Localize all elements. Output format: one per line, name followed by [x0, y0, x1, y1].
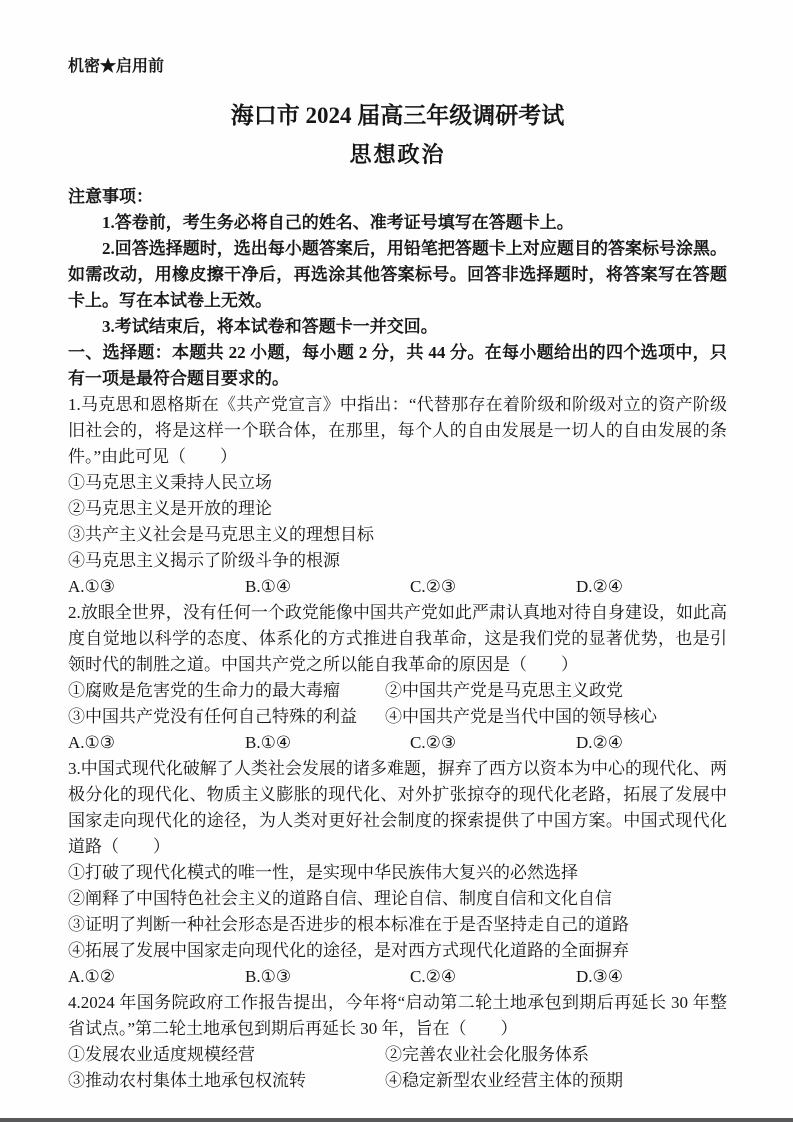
question-1-stem: 1.马克思和恩格斯在《共产党宣言》中指出：“代替那存在着阶级和阶级对立的资产阶级…: [68, 392, 727, 470]
page-bottom-edge: [0, 1118, 793, 1122]
question-4: 4.2024 年国务院政府工作报告提出，今年将“启动第二轮土地承包到期后再延长 …: [68, 990, 727, 1094]
answer-option-d: D.③④: [576, 964, 727, 990]
question-1-statement-2: ②马克思主义是开放的理论: [68, 496, 727, 522]
question-3-stem: 3.中国式现代化破解了人类社会发展的诸多难题，摒弃了西方以资本为中心的现代化、两…: [68, 756, 727, 860]
section-header: 一、选择题：本题共 22 小题，每小题 2 分，共 44 分。在每小题给出的四个…: [68, 340, 727, 392]
notes-heading: 注意事项：: [68, 184, 727, 210]
exam-subject: 思想政治: [68, 140, 727, 170]
question-4-statement-2: ②完善农业社会化服务体系: [385, 1042, 727, 1068]
question-3-statement-2: ②阐释了中国特色社会主义的道路自信、理论自信、制度自信和文化自信: [68, 886, 727, 912]
question-3: 3.中国式现代化破解了人类社会发展的诸多难题，摒弃了西方以资本为中心的现代化、两…: [68, 756, 727, 990]
classification-banner: 机密★启用前: [68, 56, 727, 78]
answer-option-a: A.①③: [68, 574, 245, 600]
question-4-statement-3: ③推动农村集体土地承包权流转: [68, 1068, 385, 1094]
question-3-statement-3: ③证明了判断一种社会形态是否进步的根本标准在于是否坚持走自己的道路: [68, 912, 727, 938]
question-4-stem: 4.2024 年国务院政府工作报告提出，今年将“启动第二轮土地承包到期后再延长 …: [68, 990, 727, 1042]
answer-option-d: D.②④: [576, 574, 727, 600]
exam-title: 海口市 2024 届高三年级调研考试: [68, 100, 727, 132]
question-2-statement-3: ③中国共产党没有任何自己特殊的利益: [68, 704, 385, 730]
answer-option-b: B.①④: [245, 730, 410, 756]
note-item-2: 2.回答选择题时，选出每小题答案后，用铅笔把答题卡上对应题目的答案标号涂黑。如需…: [68, 236, 727, 314]
question-2-answers: A.①③ B.①④ C.②③ D.②④: [68, 730, 727, 756]
question-2-statement-4: ④中国共产党是当代中国的领导核心: [385, 704, 727, 730]
question-1-statement-3: ③共产主义社会是马克思主义的理想目标: [68, 522, 727, 548]
question-2-statement-1: ①腐败是危害党的生命力的最大毒瘤: [68, 678, 385, 704]
question-2-statement-2: ②中国共产党是马克思主义政党: [385, 678, 727, 704]
answer-option-a: A.①②: [68, 964, 245, 990]
question-1: 1.马克思和恩格斯在《共产党宣言》中指出：“代替那存在着阶级和阶级对立的资产阶级…: [68, 392, 727, 600]
question-4-statement-1: ①发展农业适度规模经营: [68, 1042, 385, 1068]
question-2-stem: 2.放眼全世界，没有任何一个政党能像中国共产党如此严肃认真地对待自身建设，如此高…: [68, 600, 727, 678]
question-1-statement-4: ④马克思主义揭示了阶级斗争的根源: [68, 548, 727, 574]
question-1-statement-1: ①马克思主义秉持人民立场: [68, 470, 727, 496]
note-item-3: 3.考试结束后，将本试卷和答题卡一并交回。: [68, 314, 727, 340]
answer-option-a: A.①③: [68, 730, 245, 756]
answer-option-b: B.①④: [245, 574, 410, 600]
notes-section: 注意事项： 1.答卷前，考生务必将自己的姓名、准考证号填写在答题卡上。 2.回答…: [68, 184, 727, 340]
question-1-answers: A.①③ B.①④ C.②③ D.②④: [68, 574, 727, 600]
question-4-statement-4: ④稳定新型农业经营主体的预期: [385, 1068, 727, 1094]
exam-page: 机密★启用前 海口市 2024 届高三年级调研考试 思想政治 注意事项： 1.答…: [0, 0, 793, 1122]
question-3-statement-4: ④拓展了发展中国家走向现代化的途径，是对西方式现代化道路的全面摒弃: [68, 938, 727, 964]
question-2: 2.放眼全世界，没有任何一个政党能像中国共产党如此严肃认真地对待自身建设，如此高…: [68, 600, 727, 756]
question-4-statements: ①发展农业适度规模经营 ②完善农业社会化服务体系 ③推动农村集体土地承包权流转 …: [68, 1042, 727, 1094]
answer-option-d: D.②④: [576, 730, 727, 756]
note-item-1: 1.答卷前，考生务必将自己的姓名、准考证号填写在答题卡上。: [68, 210, 727, 236]
answer-option-c: C.②③: [410, 730, 576, 756]
question-3-statement-1: ①打破了现代化模式的唯一性，是实现中华民族伟大复兴的必然选择: [68, 860, 727, 886]
answer-option-c: C.②④: [410, 964, 576, 990]
answer-option-c: C.②③: [410, 574, 576, 600]
question-2-statements: ①腐败是危害党的生命力的最大毒瘤 ②中国共产党是马克思主义政党 ③中国共产党没有…: [68, 678, 727, 730]
question-3-answers: A.①② B.①③ C.②④ D.③④: [68, 964, 727, 990]
answer-option-b: B.①③: [245, 964, 410, 990]
